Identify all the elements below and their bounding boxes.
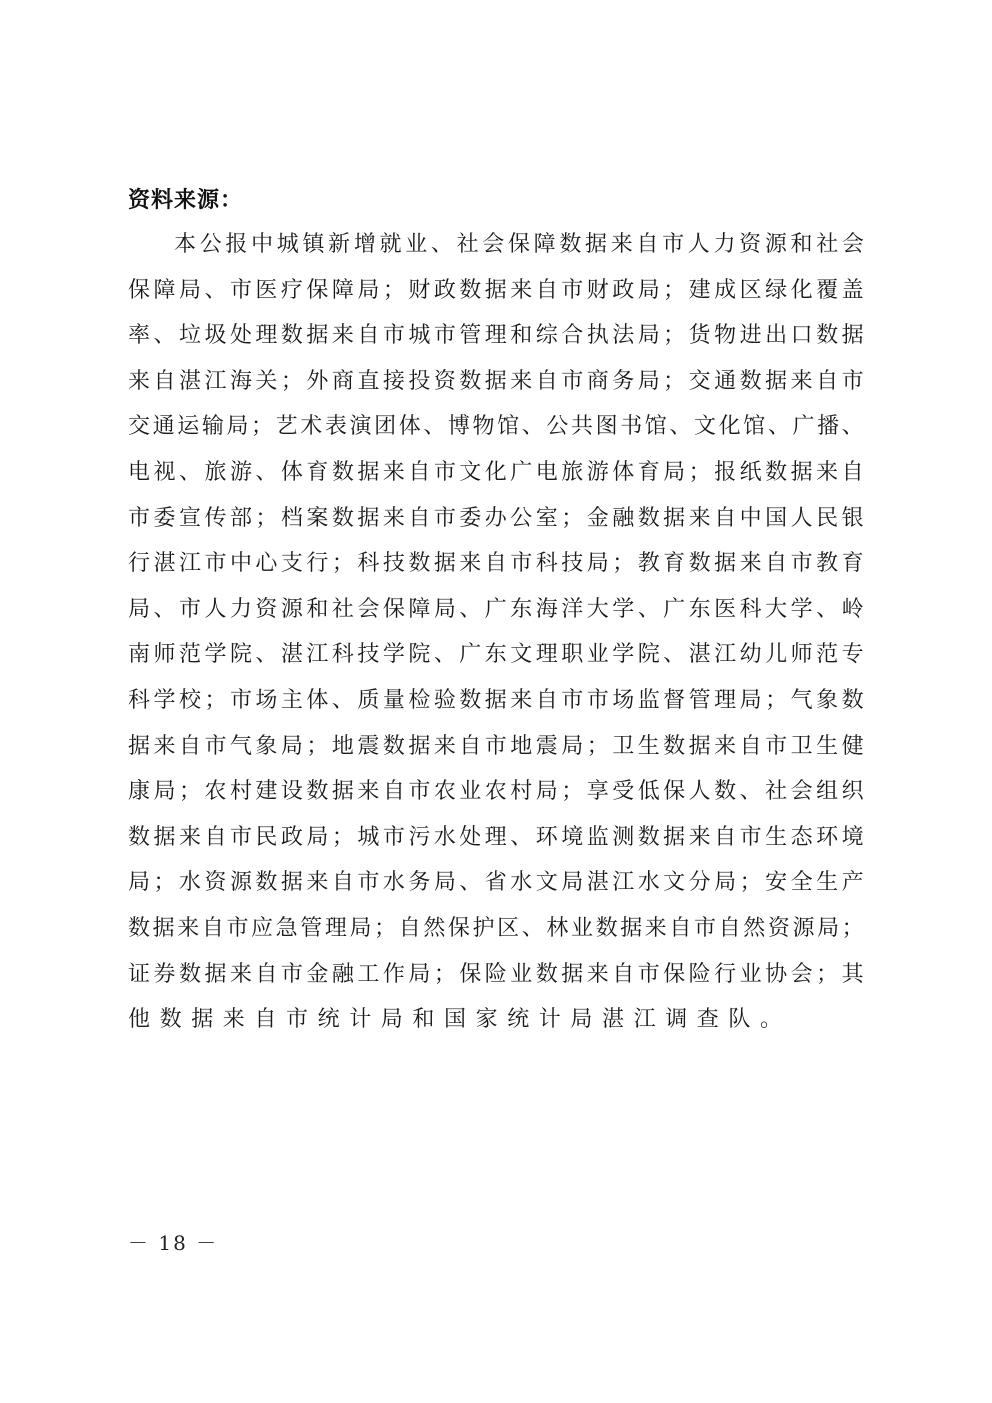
paragraph-line: 科学校；市场主体、质量检验数据来自市市场监督管理局；气象数 — [128, 685, 864, 731]
paragraph-line: 交通运输局；艺术表演团体、博物馆、公共图书馆、文化馆、广播、 — [128, 411, 864, 457]
paragraph-line: 局、市人力资源和社会保障局、广东海洋大学、广东医科大学、岭 — [128, 594, 864, 640]
paragraph-line: 数据来自市应急管理局；自然保护区、林业数据来自市自然资源局； — [128, 913, 864, 959]
document-page: 资料来源： 本公报中城镇新增就业、社会保障数据来自市人力资源和社会 保障局、市医… — [0, 0, 992, 1403]
paragraph-line: 来自湛江海关；外商直接投资数据来自市商务局；交通数据来自市 — [128, 366, 864, 412]
paragraph-line: 市委宣传部；档案数据来自市委办公室；金融数据来自中国人民银 — [128, 503, 864, 549]
data-sources-paragraph: 本公报中城镇新增就业、社会保障数据来自市人力资源和社会 保障局、市医疗保障局；财… — [128, 229, 864, 1050]
paragraph-line: 证券数据来自市金融工作局；保险业数据来自市保险行业协会；其 — [128, 959, 864, 1005]
paragraph-line: 行湛江市中心支行；科技数据来自市科技局；教育数据来自市教育 — [128, 548, 864, 594]
paragraph-line: 康局；农村建设数据来自市农业农村局；享受低保人数、社会组织 — [128, 776, 864, 822]
paragraph-line: 南师范学院、湛江科技学院、广东文理职业学院、湛江幼儿师范专 — [128, 639, 864, 685]
paragraph-line: 电视、旅游、体育数据来自市文化广电旅游体育局；报纸数据来自 — [128, 457, 864, 503]
paragraph-line: 率、垃圾处理数据来自市城市管理和综合执法局；货物进出口数据 — [128, 320, 864, 366]
page-number: － 18 － — [128, 1229, 218, 1257]
paragraph-line: 他数据来自市统计局和国家统计局湛江调查队。 — [128, 1004, 864, 1050]
paragraph-line: 本公报中城镇新增就业、社会保障数据来自市人力资源和社会 — [128, 229, 864, 275]
paragraph-line: 局；水资源数据来自市水务局、省水文局湛江水文分局；安全生产 — [128, 867, 864, 913]
paragraph-line: 数据来自市民政局；城市污水处理、环境监测数据来自市生态环境 — [128, 822, 864, 868]
paragraph-line: 据来自市气象局；地震数据来自市地震局；卫生数据来自市卫生健 — [128, 731, 864, 777]
section-heading: 资料来源： — [128, 186, 243, 216]
paragraph-line: 保障局、市医疗保障局；财政数据来自市财政局；建成区绿化覆盖 — [128, 275, 864, 321]
